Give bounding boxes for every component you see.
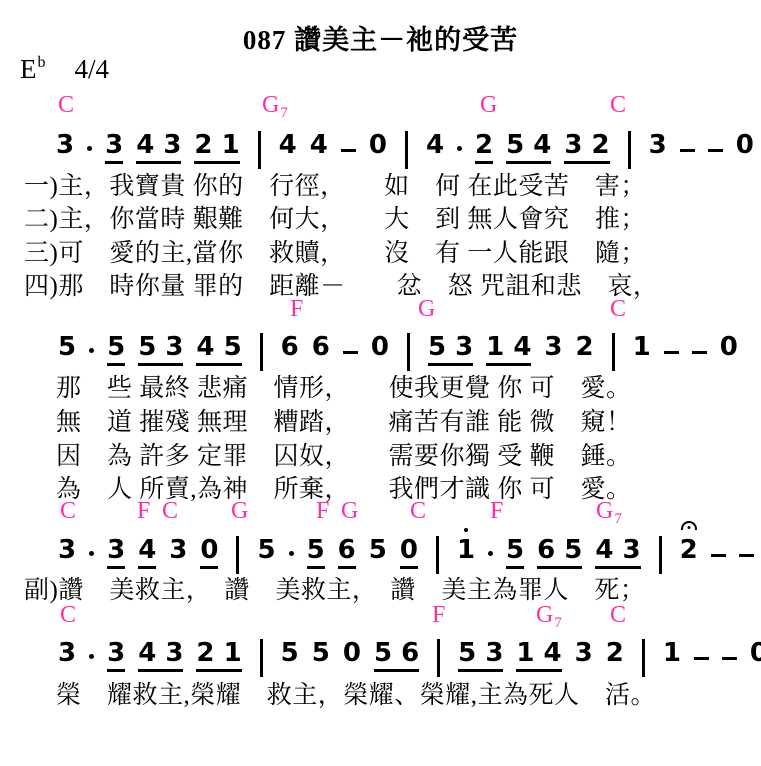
jianpu-note: 5 3 [428,334,473,366]
jianpu-note: 3 [58,537,76,569]
jianpu-note: 6 [281,334,299,366]
jianpu-note: 0 [371,334,389,366]
jianpu-note: 2 1 [196,640,241,672]
jianpu-note: 0 [400,537,418,569]
chord-symbol: F [137,498,150,524]
duration-dot-icon [89,654,94,659]
chord-symbol: C [610,296,626,322]
jianpu-note: 5 3 [138,334,183,366]
music-line: 334 32 15505 65 31 43210 [58,630,761,672]
jianpu-note: 3 [169,537,187,569]
dash-rest-icon [343,351,358,354]
time-signature: 4/4 [75,54,110,84]
jianpu-note: 2 [576,334,594,366]
chord-symbol: G [231,498,248,524]
jianpu-note: 5 [312,640,330,672]
music-line: 3343055650156 54 320 [58,527,761,569]
refrain-line-2: 榮 耀救主,榮耀 救主，榮耀、榮耀,主為死人 活。 [56,675,656,711]
jianpu-note: 4 3 [136,132,181,164]
chord-symbol: G7 [596,498,621,524]
dash-rest-icon [708,149,723,152]
music-line: 334 32 1440425 43 230 [56,122,754,164]
jianpu-note: 0 [720,334,738,366]
jianpu-note: 0 [369,132,387,164]
dash-rest-icon [739,554,754,557]
jianpu-note: 4 3 [138,640,183,672]
duration-dot-icon [457,146,462,151]
jianpu-note: 3 [544,334,562,366]
jianpu-note: 1 [457,537,475,569]
jianpu-note: 1 [663,640,681,672]
jianpu-note: 6 [312,334,330,366]
barline [236,536,239,574]
jianpu-note: 1 4 [486,334,531,366]
jianpu-note: 5 [281,640,299,672]
duration-dot-icon [87,146,92,151]
chord-extension: 7 [280,105,288,121]
chord-symbol: F [316,498,329,524]
jianpu-note: 5 6 [374,640,419,672]
chord-symbol: F [290,296,303,322]
jianpu-note: 6 [338,537,356,569]
chord-row: CFCGFGCFG7 [0,498,761,526]
jianpu-note: 0 [343,640,361,672]
jianpu-note: 4 [426,132,444,164]
dash-rest-icon [341,149,356,152]
barline [659,536,662,574]
hymn-sheet-page: 087 讚美主－祂的受苦 Eb4/4 CG7GC 334 32 1440425 … [0,0,761,766]
chord-symbol: C [610,92,626,118]
chord-symbol: C [60,602,76,628]
chord-symbol: F [432,602,445,628]
jianpu-note: 5 [307,537,325,569]
jianpu-note: 3 [107,537,125,569]
chord-symbol: G [418,296,435,322]
refrain-line: 副)讚 美救主， 讚 美救主， 讚 美主為罪人 死； [24,570,645,606]
chord-symbol: G7 [536,602,561,628]
barline [258,131,261,169]
duration-dot-icon [89,348,94,353]
music-line: 555 34 56605 31 43210 [58,324,738,366]
chord-symbol: G [480,92,497,118]
chord-symbol: C [410,498,426,524]
verse-line-2: 二)主，你當時 艱難 何大， 大 到 無人會究 推； [24,199,646,235]
jianpu-note: 4 [138,537,156,569]
barline [436,536,439,574]
jianpu-note: 0 [200,537,218,569]
key-letter: E [20,54,37,84]
chord-extension: 7 [554,615,562,631]
jianpu-note: 3 [56,132,74,164]
chord-symbol: C [58,92,74,118]
jianpu-note: 3 [649,132,667,164]
verse-line-1: 一)主，我寶貴 你的 行徑， 如 何 在此受苦 害； [24,166,646,202]
jianpu-note: 4 [279,132,297,164]
jianpu-note: 1 [633,334,651,366]
jianpu-note: 3 2 [564,132,609,164]
key-signature: Eb4/4 [20,54,109,85]
jianpu-note: 2 [606,640,624,672]
chord-symbol: F [490,498,503,524]
jianpu-note: 5 [107,334,125,366]
jianpu-note: 4 3 [595,537,640,569]
jianpu-note: 5 [58,334,76,366]
duration-dot-icon [89,551,94,556]
chord-symbol: C [610,602,626,628]
jianpu-note: 2 1 [194,132,239,164]
chord-row: FGC [0,296,761,324]
jianpu-note: 3 [107,640,125,672]
barline [628,131,631,169]
chord-row: CG7GC [0,92,761,120]
jianpu-note: 3 [58,640,76,672]
jianpu-note: 5 [257,537,275,569]
chord-symbol: C [60,498,76,524]
verse-line-3: 三)可 愛的主,當你 救贖， 沒 有 一人能跟 隨； [24,233,646,269]
jianpu-note: 5 [506,537,524,569]
jianpu-note: 4 [310,132,328,164]
barline [642,639,645,677]
jianpu-note: 5 4 [506,132,551,164]
barline [260,639,263,677]
jianpu-note: 0 [750,640,761,672]
chord-symbol: C [162,498,178,524]
dash-rest-icon [692,351,707,354]
chord-row: CFG7C [0,602,761,630]
jianpu-note: 2 [475,132,493,164]
jianpu-note: 3 [105,132,123,164]
verse-line-6: 無 道 摧殘 無理 糟踏， 痛苦有誰 能 微 窺！ [56,402,632,438]
dash-rest-icon [680,149,695,152]
barline [260,333,263,371]
chord-symbol: G7 [262,92,287,118]
chord-symbol: G [341,498,358,524]
barline [612,333,615,371]
duration-dot-icon [488,551,493,556]
dash-rest-icon [694,657,709,660]
dash-rest-icon [722,657,737,660]
verse-line-5: 那 些 最終 悲痛 情形， 使我更覺 你 可 愛。 [56,368,632,404]
dash-rest-icon [664,351,679,354]
page-title: 087 讚美主－祂的受苦 [0,18,761,57]
jianpu-note: 1 4 [516,640,561,672]
jianpu-note: 4 5 [196,334,241,366]
verse-line-7: 因 為 許多 定罪 囚奴， 需要你獨 受 鞭 錘。 [56,436,632,472]
jianpu-note: 2 [680,537,698,569]
flat-accidental: b [38,54,46,71]
dash-rest-icon [711,554,726,557]
duration-dot-icon [289,551,294,556]
barline [407,333,410,371]
jianpu-note: 5 [369,537,387,569]
barline [437,639,440,677]
jianpu-note: 5 3 [458,640,503,672]
chord-extension: 7 [614,511,622,527]
barline [405,131,408,169]
jianpu-note: 3 [575,640,593,672]
jianpu-note: 6 5 [537,537,582,569]
jianpu-note: 0 [736,132,754,164]
